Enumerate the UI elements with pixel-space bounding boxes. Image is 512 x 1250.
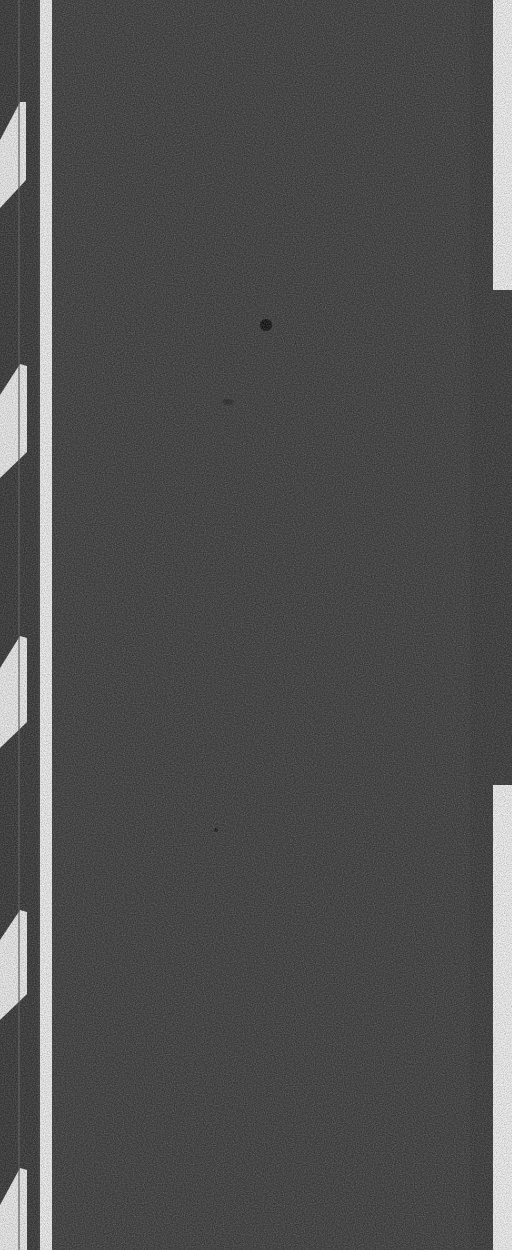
road-aerial-image [0,0,512,1250]
